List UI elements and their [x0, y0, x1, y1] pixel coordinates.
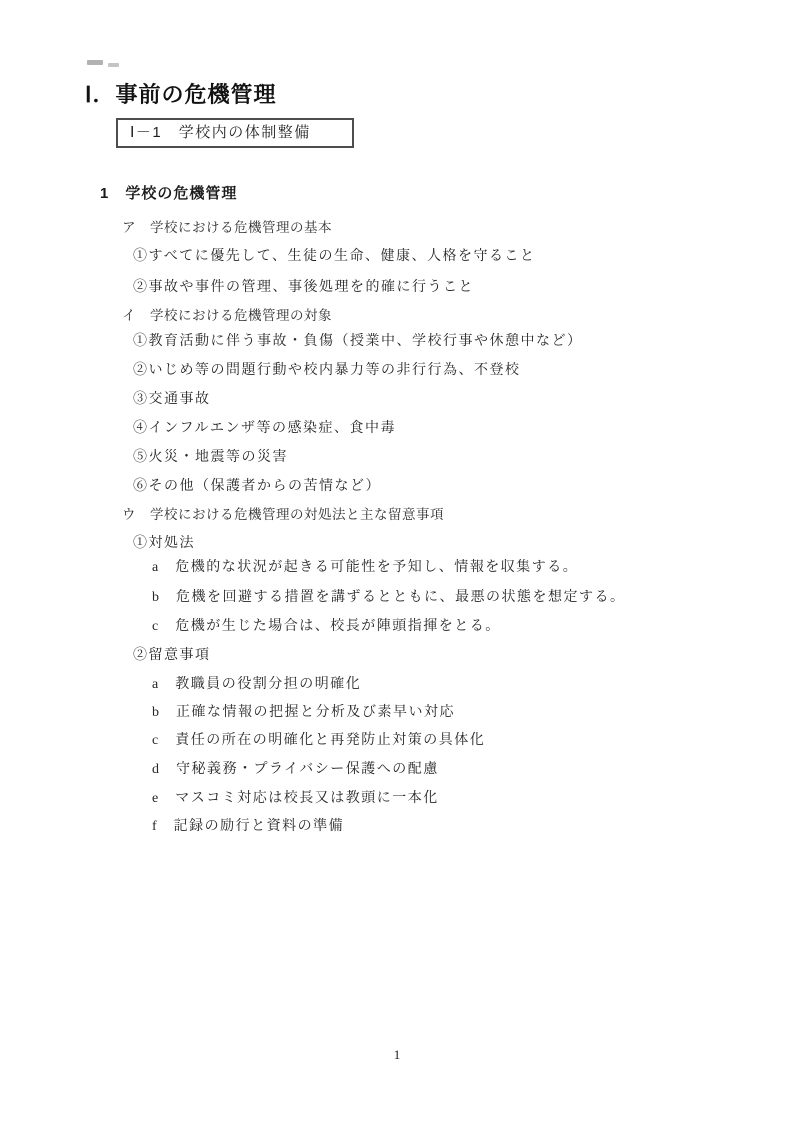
list-item-num: ①すべてに優先して、生徒の生命、健康、人格を守ること [133, 249, 535, 265]
list-item-alpha: e マスコミ対応は校長又は教頭に一本化 [152, 791, 439, 807]
list-item-alpha: c 責任の所在の明確化と再発防止対策の具体化 [152, 733, 485, 749]
document-page: Ⅰ．事前の危機管理 Ⅰ－1 学校内の体制整備 1 学校の危機管理 ア 学校におけ… [0, 0, 794, 1123]
list-item-alpha: a 教職員の役割分担の明確化 [152, 677, 361, 693]
list-item-num: ④インフルエンザ等の感染症、食中毒 [133, 421, 396, 437]
list-item-alpha: d 守秘義務・プライバシー保護への配慮 [152, 762, 439, 778]
list-item-alpha: c 危機が生じた場合は、校長が陣頭指揮をとる。 [152, 619, 501, 635]
section-heading: 1 学校の危機管理 [100, 182, 237, 203]
list-item-num: ②いじめ等の問題行動や校内暴力等の非行行為、不登校 [133, 363, 521, 379]
list-item-num: ①教育活動に伴う事故・負傷（授業中、学校行事や休憩中など） [133, 334, 583, 350]
list-item-kana: ウ 学校における危機管理の対処法と主な留意事項 [122, 507, 444, 523]
list-item-num: ①対処法 [133, 536, 195, 552]
page-title: Ⅰ．事前の危機管理 [85, 78, 277, 109]
list-item-num: ②事故や事件の管理、事後処理を的確に行うこと [133, 280, 474, 296]
list-item-alpha: b 危機を回避する措置を講ずるとともに、最悪の状態を想定する。 [152, 590, 626, 606]
list-item-alpha: a 危機的な状況が起きる可能性を予知し、情報を収集する。 [152, 560, 578, 576]
list-item-kana: イ 学校における危機管理の対象 [122, 308, 332, 324]
list-item-kana: ア 学校における危機管理の基本 [122, 220, 332, 236]
list-item-alpha: f 記録の励行と資料の準備 [152, 819, 344, 835]
page-number: 1 [0, 1047, 794, 1063]
scan-smudge-mark [108, 63, 119, 67]
list-item-num: ③交通事故 [133, 392, 211, 408]
list-item-alpha: b 正確な情報の把握と分析及び素早い対応 [152, 705, 455, 721]
list-item-num: ⑤火災・地震等の災害 [133, 450, 288, 466]
list-item-num: ②留意事項 [133, 648, 211, 664]
section-label-box: Ⅰ－1 学校内の体制整備 [116, 118, 354, 148]
scan-smudge-mark [87, 60, 103, 65]
list-item-num: ⑥その他（保護者からの苦情など） [133, 479, 381, 495]
